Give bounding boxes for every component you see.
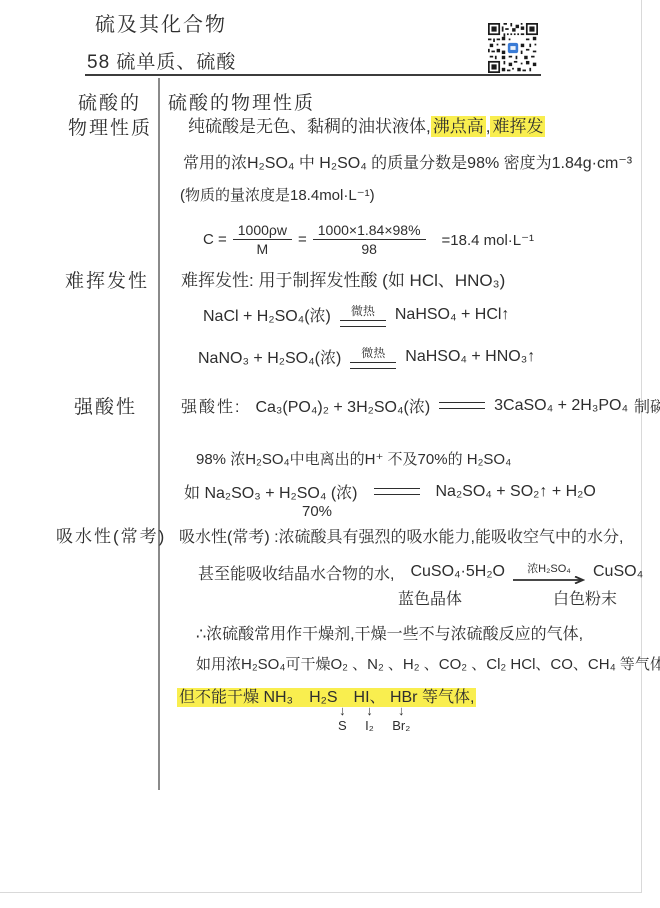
lesson-title: 58 硫单质、硫酸 [87, 47, 236, 74]
condition-label: 微热 [361, 344, 385, 361]
reaction-arrow-icon [513, 576, 585, 584]
sidebar-label-strong-acid: 强酸性 [74, 392, 137, 419]
reaction-condition: 微热 [340, 302, 386, 327]
formula-lhs: C = [203, 231, 227, 248]
reaction-condition: 微热 [350, 344, 396, 369]
equation-left: Ca₃(PO₄)₂ + 3H₂SO₄(浓) [255, 394, 430, 417]
product-stack: ↓ S [338, 703, 347, 733]
fraction: 1000×1.84×98% 98 [313, 222, 426, 257]
qr-code [487, 23, 539, 73]
double-equals-icon [340, 320, 386, 327]
fraction-denominator: M [257, 240, 269, 257]
sidebar-label-physical-2: 物理性质 [68, 113, 152, 140]
column-divider [158, 78, 160, 790]
hygroscopic-line-3: ∴浓硫酸常用作干燥剂,干燥一些不与浓硫酸反应的气体, [196, 621, 583, 644]
hygroscopic-line-4: 如用浓H₂SO₄可干燥O₂ 、N₂ 、H₂ 、CO₂ 、Cl₂ HCl、CO、C… [196, 653, 660, 674]
fraction-denominator: 98 [361, 240, 377, 257]
concentration-formula: C = 1000ρw M = 1000×1.84×98% 98 =18.4 mo… [203, 222, 534, 257]
down-arrow-icon: ↓ [339, 703, 346, 718]
white-powder-label: 白色粉末 [553, 586, 617, 609]
down-arrow-icon: ↓ [398, 703, 405, 718]
condition-label: 微热 [351, 302, 375, 319]
double-equals-icon [374, 488, 420, 495]
equation-right: 3CaSO₄ + 2H₃PO₄ [494, 397, 628, 415]
equation-nano3: NaNO₃ + H₂SO₄(浓) 微热 NaHSO₄ + HNO₃↑ [198, 344, 535, 369]
formula-result: =18.4 mol·L⁻¹ [442, 231, 535, 249]
down-arrow-icon: ↓ [366, 703, 373, 718]
condition-label: 浓H₂SO₄ [527, 560, 571, 576]
reaction-condition: 浓H₂SO₄ [513, 560, 585, 584]
equation-phosphate: 强酸性: Ca₃(PO₄)₂ + 3H₂SO₄(浓) 3CaSO₄ + 2H₃P… [181, 394, 660, 417]
equation-na2so3: 如 Na₂SO₃ + H₂SO₄ (浓) Na₂SO₄ + SO₂↑ + H₂O [184, 480, 596, 503]
oxidation-products-row: ↓ S ↓ I₂ ↓ Br₂ [338, 702, 424, 733]
highlight-cannot-dry: 但不能干燥 NH₃ H₂S HI、 HBr 等气体, [177, 688, 476, 707]
fraction-numerator: 1000ρw [233, 222, 292, 240]
fraction-numerator: 1000×1.84×98% [313, 222, 426, 240]
page-title: 硫及其化合物 [95, 8, 227, 37]
physical-line-3: (物质的量浓度是18.4mol·L⁻¹) [180, 184, 375, 205]
page-edge-bottom [0, 892, 642, 893]
fraction: 1000ρw M [233, 222, 292, 257]
concentration-annotation: 70% [302, 503, 332, 520]
equation-right: Na₂SO₄ + SO₂↑ + H₂O [436, 483, 596, 501]
text-segment: 纯硫酸是无色、黏稠的油状液体, [188, 117, 431, 136]
equation-left: NaNO₃ + H₂SO₄(浓) [198, 345, 341, 368]
hygroscopic-line-2: 甚至能吸收结晶水合物的水, CuSO₄·5H₂O 浓H₂SO₄ CuSO₄ [198, 560, 643, 584]
equation-nacl: NaCl + H₂SO₄(浓) 微热 NaHSO₄ + HCl↑ [203, 302, 509, 327]
equation-right: NaHSO₄ + HCl↑ [395, 306, 510, 324]
hygroscopic-line-5: 但不能干燥 NH₃ H₂S HI、 HBr 等气体, [177, 684, 476, 707]
header-rule [85, 74, 541, 76]
product-stack: ↓ Br₂ [392, 703, 410, 733]
section-heading-physical: 硫酸的物理性质 [168, 88, 315, 115]
product-formula: S [338, 718, 347, 733]
double-equals-icon [350, 362, 396, 369]
blue-crystal-label: 蓝色晶体 [398, 586, 462, 609]
equation-left: CuSO₄·5H₂O [410, 563, 505, 581]
page-edge-right [641, 0, 642, 893]
text-segment: 甚至能吸收结晶水合物的水, [198, 561, 394, 584]
hygroscopic-line-1: 吸水性(常考) :浓硫酸具有强烈的吸水能力,能吸收空气中的水分, [179, 524, 623, 547]
highlight-hard-to-volatilize: 难挥发 [490, 116, 545, 137]
sidebar-label-physical-1: 硫酸的 [78, 88, 141, 115]
equation-note: 制磷酸 [634, 394, 660, 417]
equation-left: NaCl + H₂SO₄(浓) [203, 303, 331, 326]
highlight-boiling-point: 沸点高 [431, 116, 486, 137]
equation-left: 如 Na₂SO₃ + H₂SO₄ (浓) [184, 480, 358, 503]
product-formula: Br₂ [392, 718, 410, 733]
double-equals-icon [439, 402, 485, 409]
physical-line-1: 纯硫酸是无色、黏稠的油状液体,沸点高,难挥发 [188, 112, 545, 137]
section-heading-strong-acid: 强酸性: [181, 394, 241, 417]
equation-right: CuSO₄ [593, 563, 643, 581]
equation-right: NaHSO₄ + HNO₃↑ [405, 348, 535, 366]
physical-line-2: 常用的浓H₂SO₄ 中 H₂SO₄ 的质量分数是98% 密度为1.84g·cm⁻… [183, 150, 632, 173]
sidebar-label-nonvolatile: 难挥发性 [65, 266, 149, 293]
notes-page: 硫及其化合物 58 硫单质、硫酸 硫酸的 物理性质 难挥发性 [0, 0, 660, 908]
equals-sign: = [298, 231, 307, 248]
strong-acid-line-2: 98% 浓H₂SO₄中电离出的H⁺ 不及70%的 H₂SO₄ [196, 448, 511, 469]
product-formula: I₂ [365, 718, 374, 733]
nonvolatile-intro: 难挥发性: 用于制挥发性酸 (如 HCl、HNO₃) [181, 266, 505, 291]
product-stack: ↓ I₂ [365, 703, 374, 733]
sidebar-label-hygroscopic: 吸水性(常考) [56, 522, 166, 547]
